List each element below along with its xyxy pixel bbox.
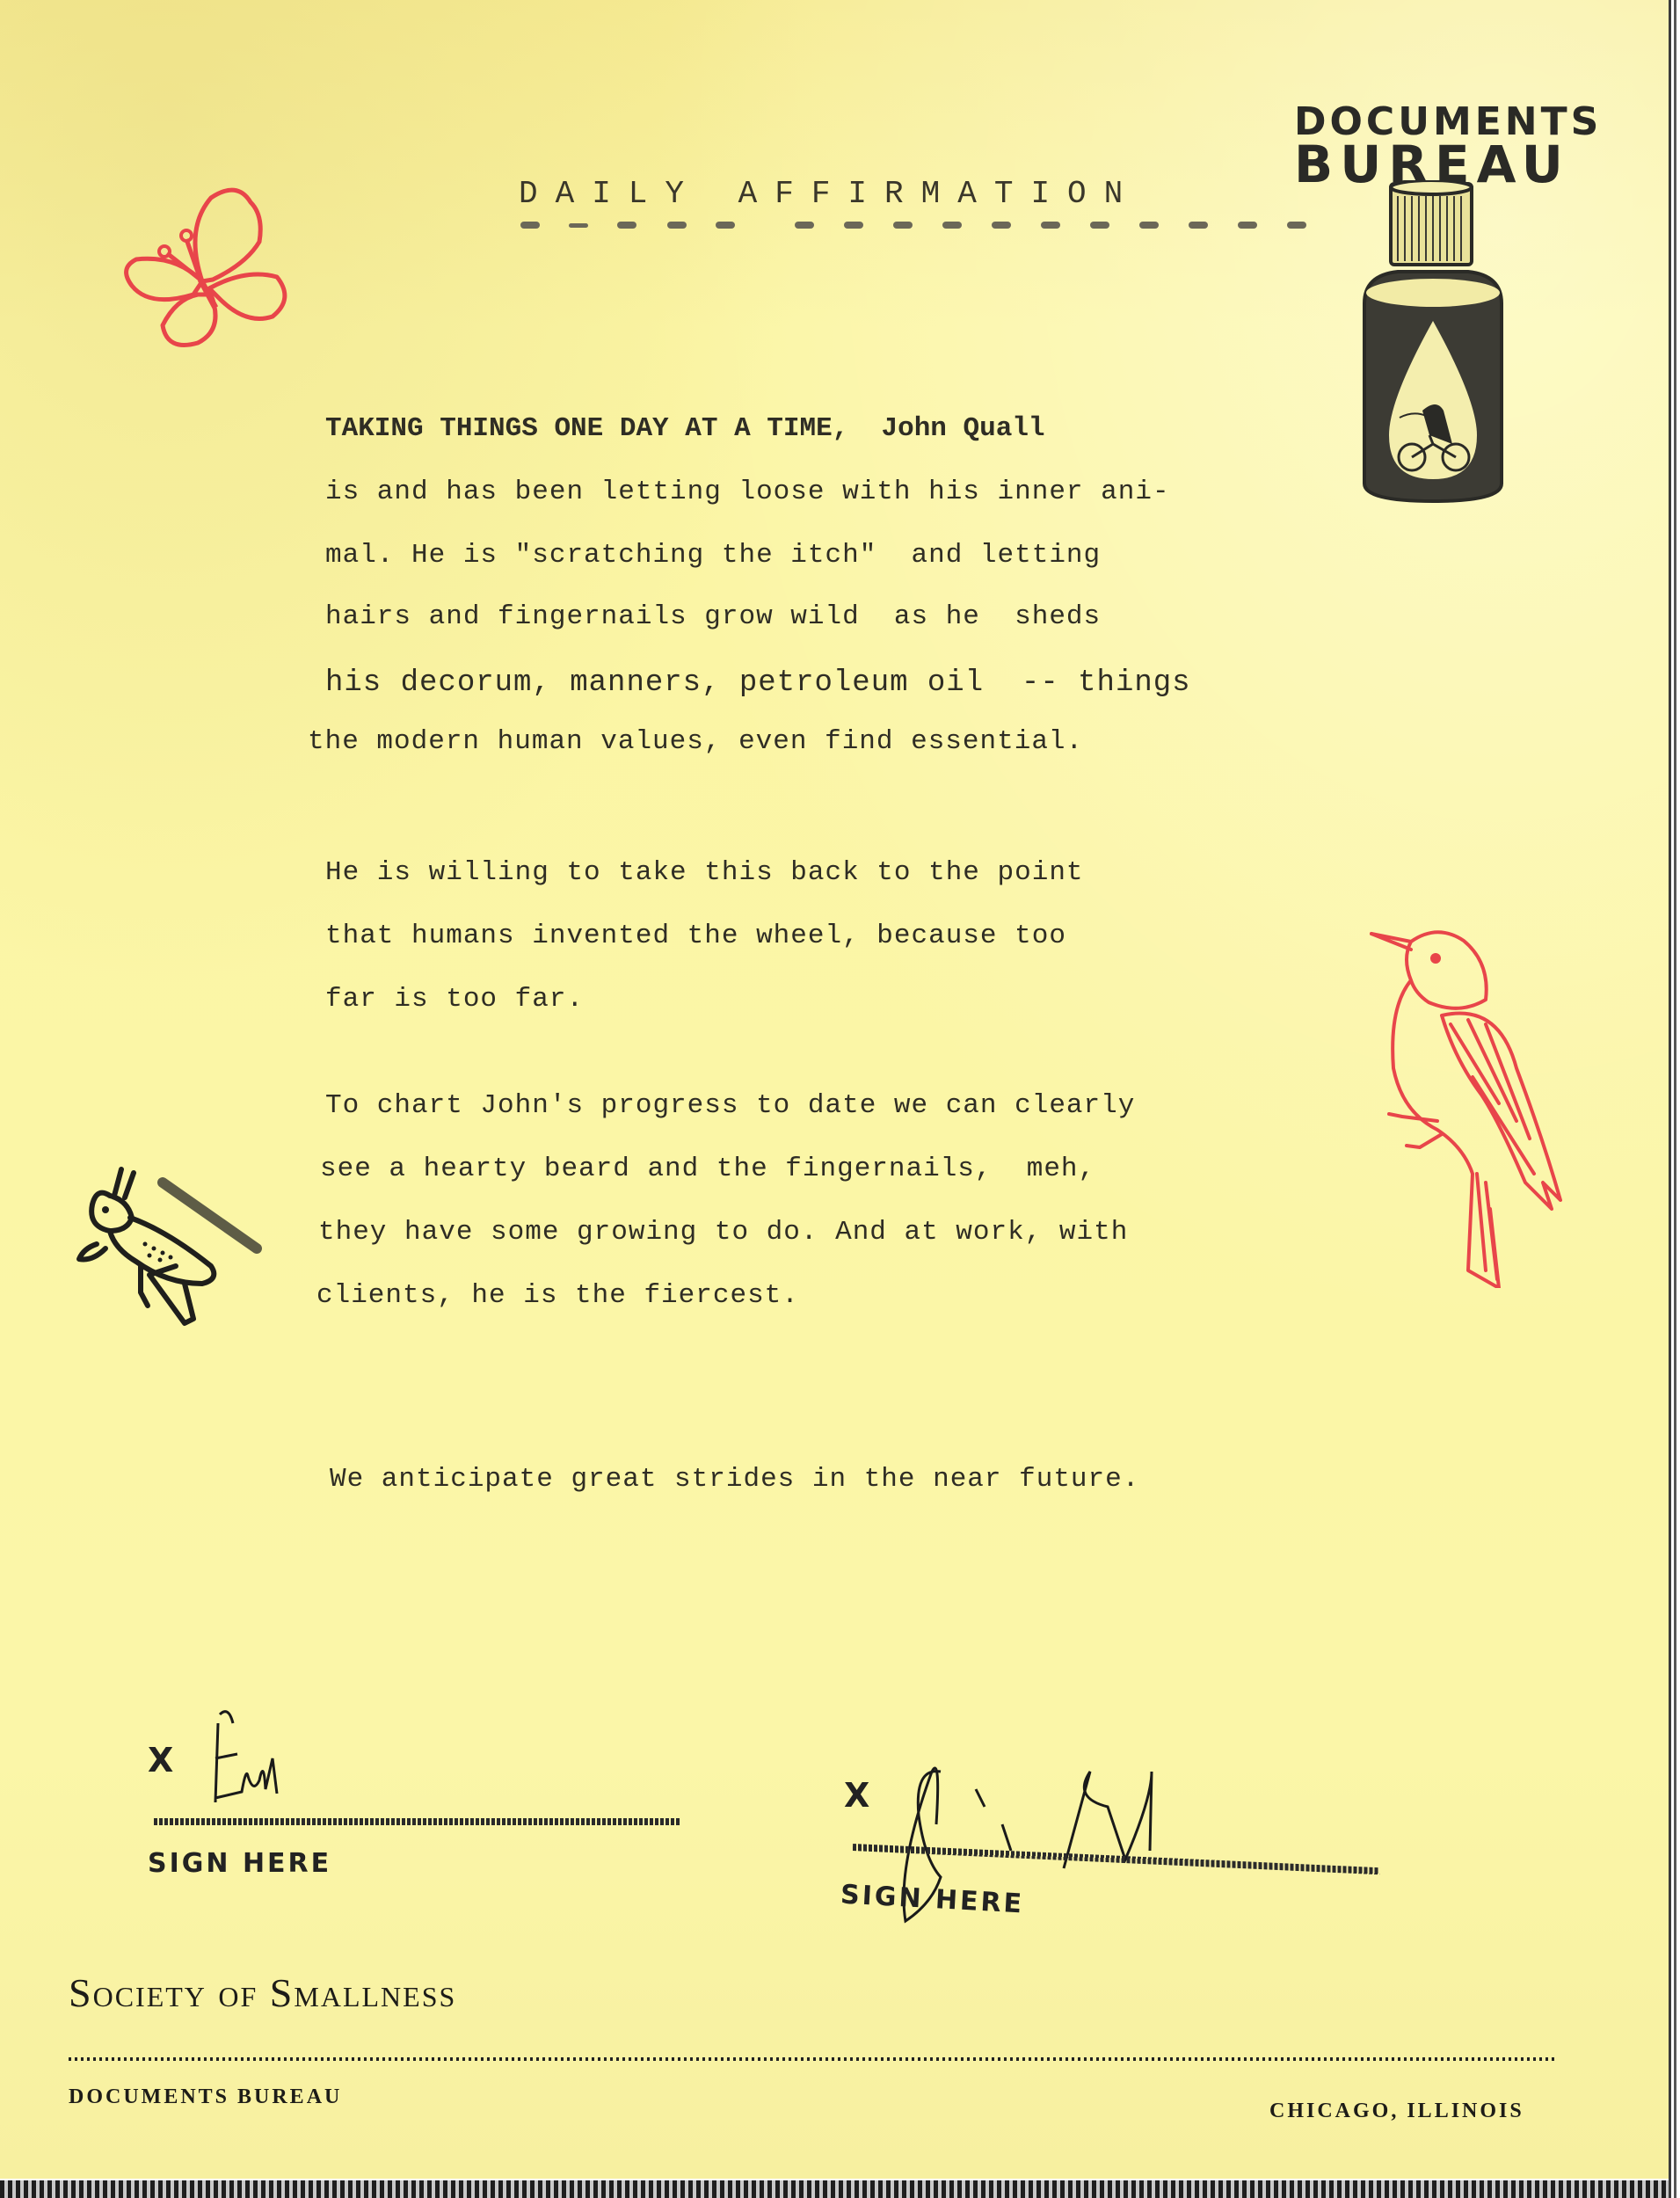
- footer-dotted-rule: [69, 2057, 1556, 2061]
- organization-name: Society of Smallness: [69, 1969, 456, 2016]
- paragraph-3-line-3: they have some growing to do. And at wor…: [318, 1217, 1128, 1248]
- paragraph-2: He is willing to take this back to the p…: [325, 857, 360, 980]
- paragraph-1-line-6: the modern human values, even find essen…: [308, 726, 1083, 757]
- butterfly-icon: [114, 176, 299, 352]
- paragraph-1-line-5: his decorum, manners, petroleum oil -- t…: [325, 666, 1191, 700]
- documents-bureau-stamp: DOCUMENTS BUREAU: [1294, 104, 1602, 189]
- handwritten-signature: [193, 1706, 299, 1820]
- scanner-edge: [1669, 0, 1680, 2198]
- paragraph-3: To chart John's progress to date we can …: [325, 1090, 360, 1244]
- footer-department: DOCUMENTS BUREAU: [69, 2085, 342, 2109]
- signature-line: [154, 1818, 681, 1825]
- paragraph-1-line-2: is and has been letting loose with his i…: [325, 477, 1170, 507]
- closing-line: We anticipate great strides in the near …: [330, 1464, 1139, 1495]
- signature-block-2[interactable]: X SIGN HERE: [835, 1754, 1398, 1939]
- document-title: DAILY AFFIRMATION: [519, 176, 1140, 212]
- grasshopper-icon: [62, 1161, 264, 1336]
- sign-here-label: SIGN HERE: [148, 1848, 331, 1879]
- paragraph-3-line-4: clients, he is the fiercest.: [316, 1280, 799, 1311]
- footer-location: CHICAGO, ILLINOIS: [1269, 2100, 1524, 2123]
- paragraph-1-line-3: mal. He is "scratching the itch" and let…: [325, 540, 1101, 571]
- paragraph-1-line-1: TAKING THINGS ONE DAY AT A TIME, John Qu…: [325, 413, 1045, 444]
- signature-block-1[interactable]: X SIGN HERE: [132, 1706, 703, 1864]
- signature-x-mark: X: [844, 1776, 869, 1815]
- oil-bottle-icon: [1345, 180, 1521, 514]
- paragraph-1-line-4: hairs and fingernails grow wild as he sh…: [325, 601, 1101, 632]
- scanner-strip: [0, 2179, 1669, 2198]
- signature-x-mark: X: [148, 1741, 173, 1780]
- paragraph-3-line-1: To chart John's progress to date we can …: [325, 1090, 1135, 1121]
- paragraph-2-line-1: He is willing to take this back to the p…: [325, 857, 1084, 888]
- paragraph-3-line-2: see a hearty beard and the fingernails, …: [320, 1154, 1095, 1184]
- paragraph-1: TAKING THINGS ONE DAY AT A TIME, John Qu…: [325, 413, 360, 629]
- bird-icon: [1367, 919, 1569, 1288]
- paragraph-2-line-3: far is too far.: [325, 984, 584, 1015]
- paragraph-2-line-2: that humans invented the wheel, because …: [325, 921, 1066, 951]
